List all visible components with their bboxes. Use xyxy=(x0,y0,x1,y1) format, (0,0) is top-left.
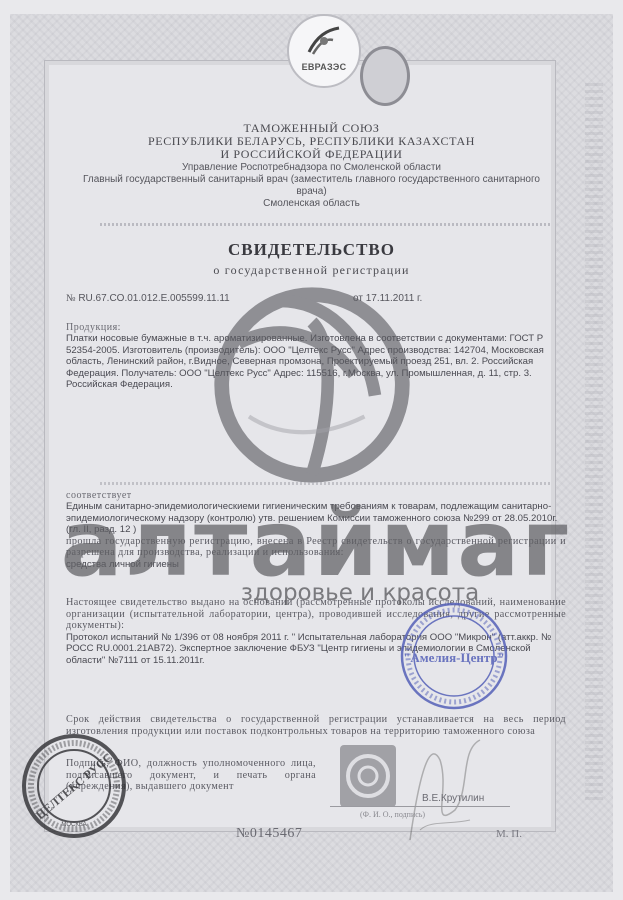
lab-stamp: "Амелия-Центр" xyxy=(398,600,510,712)
company-stamp-city: МОСКВА xyxy=(61,822,86,828)
number-prefix: № xyxy=(66,293,76,304)
seal-place-mark: М. П. xyxy=(496,828,522,840)
authority-line-1: Управление Роспотребнадзора по Смоленско… xyxy=(0,162,623,174)
signatory-name: В.Е.Крутилин xyxy=(422,793,484,804)
company-stamp: ЦЕЛТЕКС РУСС МОСКВА xyxy=(20,730,128,842)
document-subtitle: о государственной регистрации xyxy=(0,263,623,278)
union-heading: ТАМОЖЕННЫЙ СОЮЗ РЕСПУБЛИКИ БЕЛАРУСЬ, РЕС… xyxy=(0,122,623,161)
divider xyxy=(100,223,550,226)
validity-section: Срок действия свидетельства о государств… xyxy=(66,714,566,737)
signature-icon xyxy=(400,730,490,850)
authority-line-4: Смоленская область xyxy=(0,198,623,210)
signature-line xyxy=(330,806,510,807)
union-line-3: И РОССИЙСКОЙ ФЕДЕРАЦИИ xyxy=(0,148,623,161)
globe-watermark-icon xyxy=(207,280,417,490)
serial-number: №0145467 xyxy=(236,826,302,842)
evrazes-label: ЕВРАЗЭС xyxy=(302,62,347,72)
company-stamp-text: ЦЕЛТЕКС РУСС xyxy=(33,750,115,822)
authority-line-2: Главный государственный санитарный врач … xyxy=(0,174,623,186)
document-title: СВИДЕТЕЛЬСТВО xyxy=(0,240,623,260)
divider xyxy=(100,482,550,485)
signature-caption: (Ф. И. О., подпись) xyxy=(360,810,425,819)
brand-watermark: алтаймаг xyxy=(26,498,606,590)
evrazes-swoosh-icon xyxy=(307,26,341,56)
issuing-authority: Управление Роспотребнадзора по Смоленско… xyxy=(0,162,623,210)
gost-seal-icon xyxy=(360,46,410,106)
validity-text: Срок действия свидетельства о государств… xyxy=(66,714,566,737)
gost-emblem-icon xyxy=(340,745,396,807)
evrazes-logo: ЕВРАЗЭС xyxy=(287,14,361,88)
lab-stamp-text: "Амелия-Центр" xyxy=(403,650,505,665)
authority-line-3: врача) xyxy=(0,186,623,198)
certificate-number: № RU.67.CO.01.012.E.005599.11.11 xyxy=(66,293,230,304)
